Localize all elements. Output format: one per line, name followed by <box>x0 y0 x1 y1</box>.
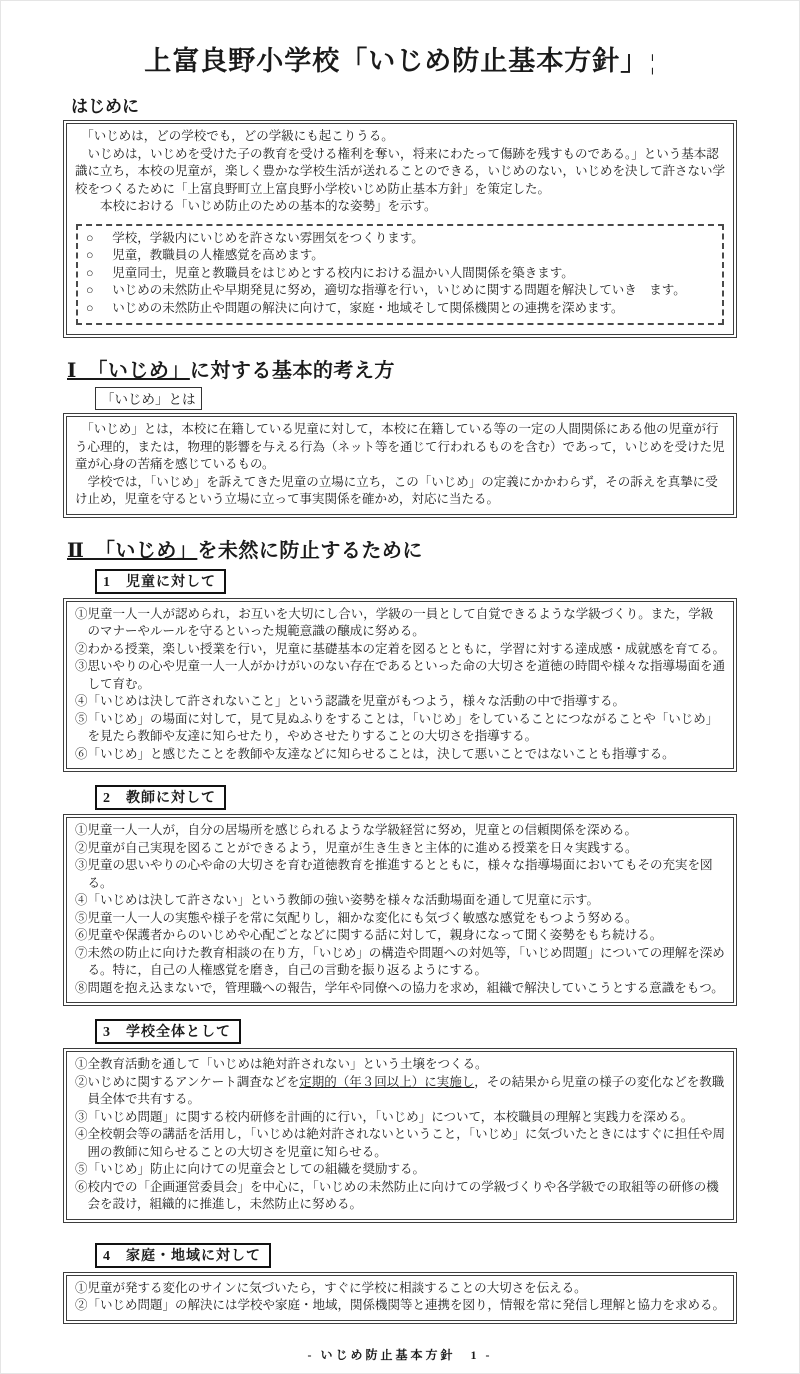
definition-paragraphs: 「いじめ」とは，本校に在籍している児童に対して，本校に在籍している等の一定の人間… <box>75 421 725 509</box>
list-item: ②「いじめ問題」の解決には学校や家庭・地域，関係機関等と連携を図り，情報を常に発… <box>75 1297 725 1315</box>
subsection-1-label: 1 児童に対して <box>95 569 226 594</box>
list-item: ④「いじめは決して許さない」という教師の強い姿勢を様々な活動場面を通して児童に示… <box>75 892 725 910</box>
section-2-heading-rest: を未然に防止するために <box>197 540 423 562</box>
list-item: ③児童の思いやりの心や命の大切さを育む道徳教育を推進するとともに，様々な指導場面… <box>75 857 725 892</box>
attitude-item-text: いじめの未然防止や早期発見に努め，適切な指導を行い，いじめに関する問題を解決して… <box>112 282 714 300</box>
list-item: ③思いやりの心や児童一人一人がかけがいのない存在であるといった命の大切さを道徳の… <box>75 658 725 693</box>
intro-paragraph: 本校における「いじめ防止のための基本的な姿勢」を示す。 <box>75 198 725 216</box>
intro-heading: はじめに <box>71 92 737 117</box>
subsection-4-box: ①児童が発する変化のサインに気づいたら，すぐに学校に相談することの大切さを伝える… <box>63 1272 737 1324</box>
list-item: ①児童が発する変化のサインに気づいたら，すぐに学校に相談することの大切さを伝える… <box>75 1280 725 1298</box>
list-item: ⑤「いじめ」の場面に対して，見て見ぬふりをすることは，「いじめ」をしていることに… <box>75 711 725 746</box>
circle-bullet: ○ <box>86 282 112 300</box>
section-1-heading-underlined: Ⅰ 「いじめ」 <box>67 360 190 382</box>
definition-paragraph: 学校では，「いじめ」を訴えてきた児童の立場に立ち，この「いじめ」の定義にかかわら… <box>75 474 725 509</box>
attitude-item: ○児童，教職員の人権感覚を高めます。 <box>86 247 714 265</box>
list-item: ②児童が自己実現を図ることができるよう，児童が生き生きと主体的に進める授業を日々… <box>75 840 725 858</box>
attitude-item-text: いじめの未然防止や問題の解決に向けて，家庭・地域そして関係機関との連携を深めます… <box>112 300 714 318</box>
definition-label: 「いじめ」とは <box>95 387 202 410</box>
attitude-box: ○学校，学級内にいじめを許さない雰囲気をつくります。 ○児童，教職員の人権感覚を… <box>76 224 724 326</box>
list-item: ①児童一人一人が認められ，お互いを大切にし合い，学級の一員として自覚できるような… <box>75 606 725 641</box>
list-item: ①全教育活動を通して「いじめは絶対許されない」という土壌をつくる。 <box>75 1056 725 1074</box>
intro-paragraph: 「いじめは，どの学校でも，どの学級にも起こりうる。 <box>75 128 725 146</box>
section-2-heading-underlined: Ⅱ 「いじめ」 <box>67 540 197 562</box>
list-item: ④「いじめは決して許されないこと」という認識を児童がもつよう，様々な活動の中で指… <box>75 693 725 711</box>
page-footer: - いじめ防止基本方針 1 - <box>63 1346 737 1363</box>
list-item: ⑤児童一人一人の実態や様子を常に気配りし，細かな変化にも気づく敏感な感覚をもつよ… <box>75 910 725 928</box>
intro-paragraph: いじめは，いじめを受けた子の教育を受ける権利を奪い，将来にわたって傷跡を残すもの… <box>75 146 725 199</box>
subsection-1-box: ①児童一人一人が認められ，お互いを大切にし合い，学級の一員として自覚できるような… <box>63 598 737 773</box>
page-title-text: 上富良野小学校「いじめ防止基本方針」 <box>144 46 648 76</box>
attitude-item-text: 児童，教職員の人権感覚を高めます。 <box>112 247 714 265</box>
subsection-school: 3 学校全体として ①全教育活動を通して「いじめは絶対許されない」という土壌をつ… <box>63 1006 737 1223</box>
attitude-list: ○学校，学級内にいじめを許さない雰囲気をつくります。 ○児童，教職員の人権感覚を… <box>86 230 714 318</box>
list-item: ⑧問題を抱え込まないで，管理職への報告，学年や同僚への協力を求め，組織で解決して… <box>75 980 725 998</box>
list-item: ②わかる授業，楽しい授業を行い，児童に基礎基本の定着を図るとともに，学習に対する… <box>75 641 725 659</box>
circle-bullet: ○ <box>86 230 112 248</box>
list-item: ⑦未然の防止に向けた教育相談の在り方，「いじめ」の構造や問題への対処等，「いじめ… <box>75 945 725 980</box>
list-item: ③「いじめ問題」に関する校内研修を計画的に行い，「いじめ」について，本校職員の理… <box>75 1109 725 1127</box>
intro-box: 「いじめは，どの学校でも，どの学級にも起こりうる。 いじめは，いじめを受けた子の… <box>63 120 737 338</box>
attitude-item: ○いじめの未然防止や早期発見に努め，適切な指導を行い，いじめに関する問題を解決し… <box>86 282 714 300</box>
attitude-item: ○児童同士，児童と教職員をはじめとする校内における温かい人間関係を築きます。 <box>86 265 714 283</box>
intro-paragraphs: 「いじめは，どの学校でも，どの学級にも起こりうる。 いじめは，いじめを受けた子の… <box>75 128 725 216</box>
list-item: ⑥校内での「企画運営委員会」を中心に，「いじめの未然防止に向けての学級づくりや各… <box>75 1179 725 1214</box>
list-item: ⑤「いじめ」防止に向けての児童会としての組織を奨励する。 <box>75 1161 725 1179</box>
list-item: ②いじめに関するアンケート調査などを定期的（年３回以上）に実施し，その結果から児… <box>75 1074 725 1109</box>
circle-bullet: ○ <box>86 247 112 265</box>
attitude-item-text: 児童同士，児童と教職員をはじめとする校内における温かい人間関係を築きます。 <box>112 265 714 283</box>
subsection-2-label: 2 教師に対して <box>95 785 226 810</box>
section-2-heading: Ⅱ 「いじめ」を未然に防止するために <box>67 534 737 563</box>
subsection-4-label: 4 家庭・地域に対して <box>95 1243 271 1268</box>
subsection-family-community: 4 家庭・地域に対して ①児童が発する変化のサインに気づいたら，すぐに学校に相談… <box>63 1223 737 1324</box>
attitude-item: ○いじめの未然防止や問題の解決に向けて，家庭・地域そして関係機関との連携を深めま… <box>86 300 714 318</box>
circle-bullet: ○ <box>86 300 112 318</box>
list-item: ⑥「いじめ」と感じたことを教師や友達などに知らせることは，決して悪いことではない… <box>75 746 725 764</box>
definition-paragraph: 「いじめ」とは，本校に在籍している児童に対して，本校に在籍している等の一定の人間… <box>75 421 725 474</box>
subsection-3-label: 3 学校全体として <box>95 1019 241 1044</box>
list-item: ⑥児童や保護者からのいじめや心配ごとなどに関する話に対して，親身になって聞く姿勢… <box>75 927 725 945</box>
subsection-2-box: ①児童一人一人が，自分の居場所を感じられるような学級経営に努め，児童との信頼関係… <box>63 814 737 1006</box>
attitude-item: ○学校，学級内にいじめを許さない雰囲気をつくります。 <box>86 230 714 248</box>
circle-bullet: ○ <box>86 265 112 283</box>
title-mark: ¦ <box>650 50 655 75</box>
definition-box: 「いじめ」とは，本校に在籍している児童に対して，本校に在籍している等の一定の人間… <box>63 413 737 518</box>
page-title: 上富良野小学校「いじめ防止基本方針」¦ <box>63 39 737 78</box>
list-item: ④全校朝会等の講話を活用し，「いじめは絶対許されないということ，「いじめ」に気づ… <box>75 1126 725 1161</box>
attitude-item-text: 学校，学級内にいじめを許さない雰囲気をつくります。 <box>112 230 714 248</box>
subsection-teachers: 2 教師に対して ①児童一人一人が，自分の居場所を感じられるような学級経営に努め… <box>63 772 737 1006</box>
list-item: ①児童一人一人が，自分の居場所を感じられるような学級経営に努め，児童との信頼関係… <box>75 822 725 840</box>
section-1-heading: Ⅰ 「いじめ」に対する基本的考え方 <box>67 354 737 383</box>
subsection-3-box: ①全教育活動を通して「いじめは絶対許されない」という土壌をつくる。②いじめに関す… <box>63 1048 737 1223</box>
document-page: 上富良野小学校「いじめ防止基本方針」¦ はじめに 「いじめは，どの学校でも，どの… <box>0 0 800 1374</box>
subsection-children: 1 児童に対して ①児童一人一人が認められ，お互いを大切にし合い，学級の一員とし… <box>63 567 737 773</box>
section-1-heading-rest: に対する基本的考え方 <box>190 360 395 382</box>
